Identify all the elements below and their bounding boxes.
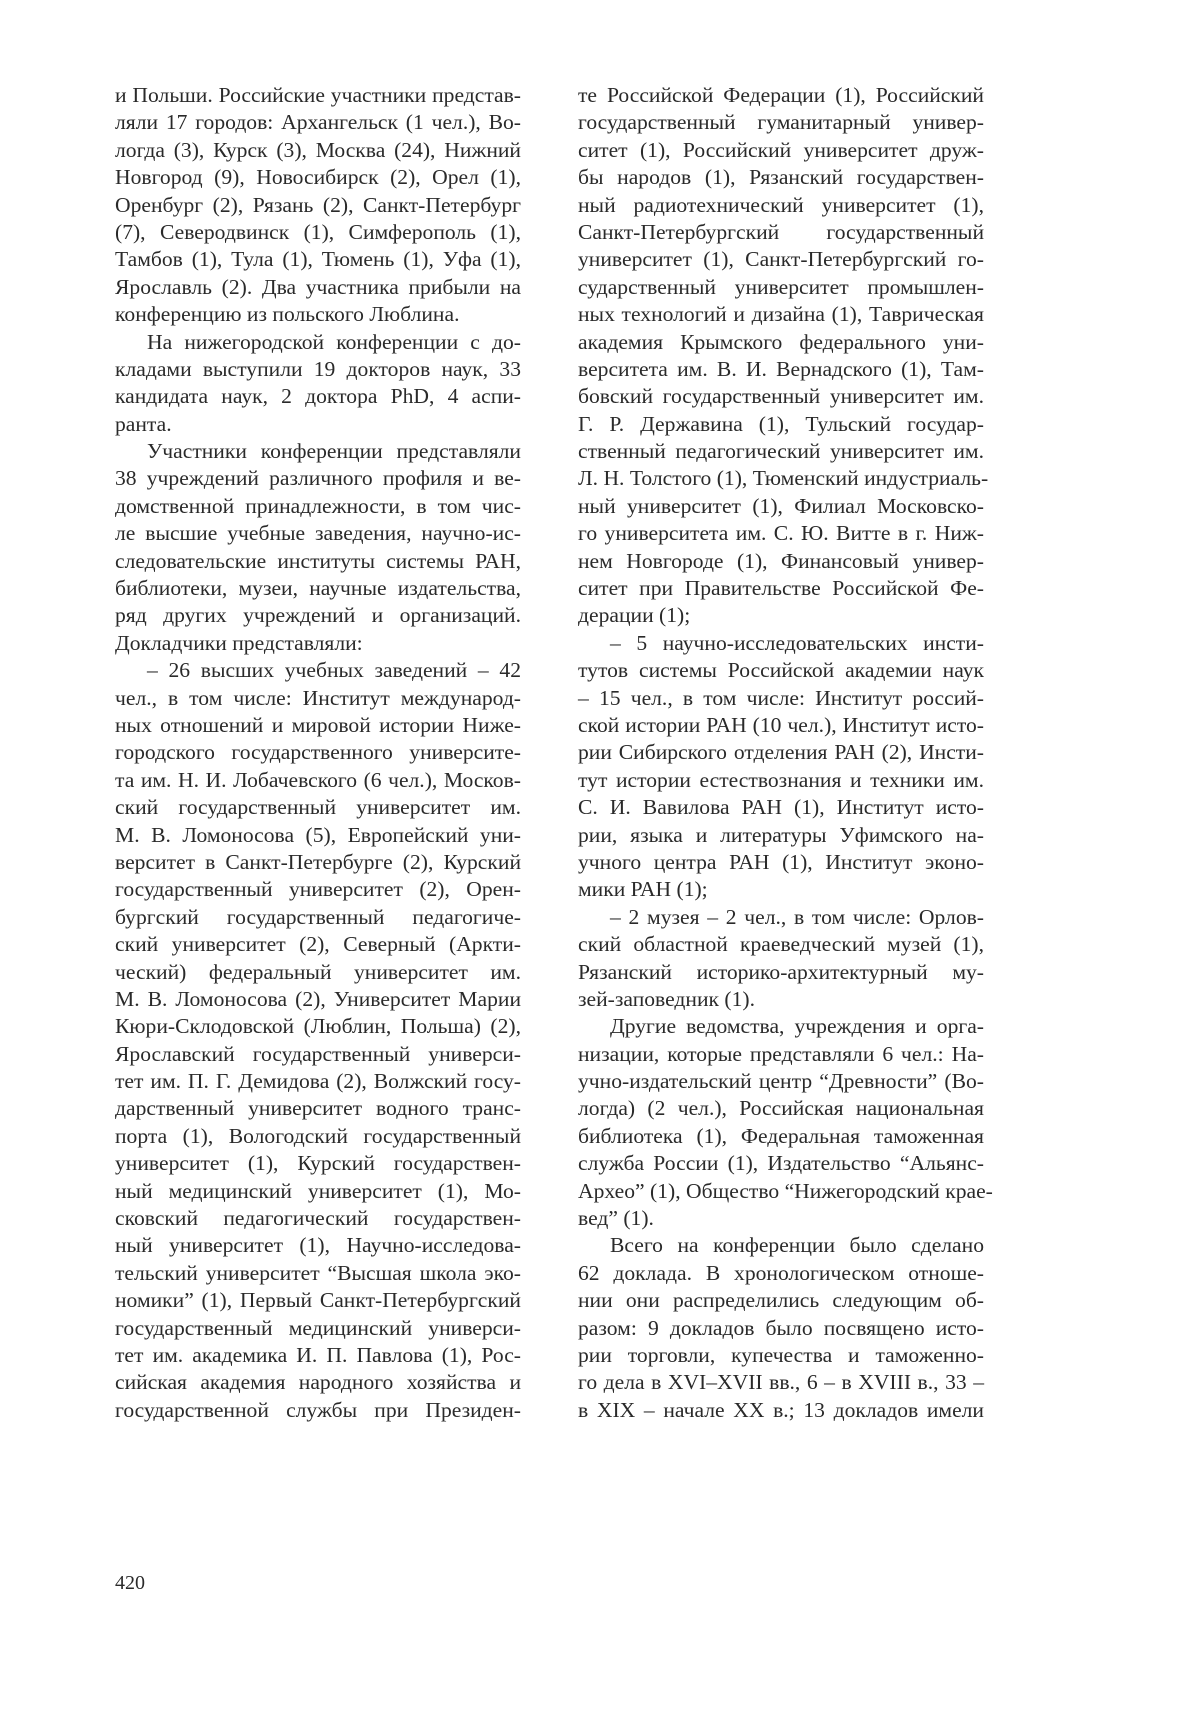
text-line: Докладчики представляли: [115, 630, 521, 657]
text-line: чел., в том числе: Институт международ- [115, 685, 521, 712]
text-line: ных технологий и дизайна (1), Таврическа… [578, 301, 984, 328]
text-line: библиотеки, музеи, научные издательства, [115, 575, 521, 602]
text-line: ский государственный университет им. [115, 794, 521, 821]
text-line: бовский государственный университет им. [578, 383, 984, 410]
text-line: учного центра РАН (1), Институт эконо- [578, 849, 984, 876]
text-line: ных отношений и мировой истории Ниже- [115, 712, 521, 739]
text-line: учно-издательский центр “Древности” (Во- [578, 1068, 984, 1095]
text-line: ственный педагогический университет им. [578, 438, 984, 465]
text-line: государственный университет (2), Орен- [115, 876, 521, 903]
text-line: порта (1), Вологодский государственный [115, 1123, 521, 1150]
text-line: го дела в XVI–XVII вв., 6 – в XVIII в., … [578, 1369, 984, 1396]
text-line: тельский университет “Высшая школа эко- [115, 1260, 521, 1287]
text-line: городского государственного университе- [115, 739, 521, 766]
text-line: верситет в Санкт-Петербурге (2), Курский [115, 849, 521, 876]
text-line: ряд других учреждений и организаций. [115, 602, 521, 629]
text-line: ский областной краеведческий музей (1), [578, 931, 984, 958]
text-line: университет (1), Курский государствен- [115, 1150, 521, 1177]
left-text-column: и Польши. Российские участники представ-… [115, 82, 521, 1424]
text-line: Ярославский государственный универси- [115, 1041, 521, 1068]
text-line: ле высшие учебные заведения, научно-ис- [115, 520, 521, 547]
text-line: ческий) федеральный университет им. [115, 959, 521, 986]
text-line: рии, языка и литературы Уфимского на- [578, 822, 984, 849]
right-text-column: те Российской Федерации (1), Российскийг… [578, 82, 984, 1424]
text-line: государственный медицинский универси- [115, 1315, 521, 1342]
text-line: сударственный университет промышлен- [578, 274, 984, 301]
text-line: номики” (1), Первый Санкт-Петербургский [115, 1287, 521, 1314]
text-line: Рязанский историко-архитектурный му- [578, 959, 984, 986]
text-line: логда) (2 чел.), Российская национальная [578, 1095, 984, 1122]
text-line: ситет (1), Российский университет друж- [578, 137, 984, 164]
text-line: мики РАН (1); [578, 876, 984, 903]
text-line: ный университет (1), Филиал Московско- [578, 493, 984, 520]
text-line: – 26 высших учебных заведений – 42 [115, 657, 521, 684]
text-line: тут истории естествознания и техники им. [578, 767, 984, 794]
text-line: Другие ведомства, учреждения и орга- [578, 1013, 984, 1040]
text-line: Ярославль (2). Два участника прибыли на [115, 274, 521, 301]
text-line: вед” (1). [578, 1205, 984, 1232]
text-line: ской истории РАН (10 чел.), Институт ист… [578, 712, 984, 739]
text-line: ский университет (2), Северный (Аркти- [115, 931, 521, 958]
text-line: – 2 музея – 2 чел., в том числе: Орлов- [578, 904, 984, 931]
text-line: нем Новгороде (1), Финансовый универ- [578, 548, 984, 575]
text-line: служба России (1), Издательство “Альянс- [578, 1150, 984, 1177]
text-line: ранта. [115, 411, 521, 438]
text-line: Всего на конференции было сделано [578, 1232, 984, 1259]
text-line: дарственный университет водного транс- [115, 1095, 521, 1122]
text-line: сийская академия народного хозяйства и [115, 1369, 521, 1396]
text-line: верситета им. В. И. Вернадского (1), Там… [578, 356, 984, 383]
text-line: дерации (1); [578, 602, 984, 629]
text-line: ситет при Правительстве Российской Фе- [578, 575, 984, 602]
text-line: С. И. Вавилова РАН (1), Институт исто- [578, 794, 984, 821]
text-line: Оренбург (2), Рязань (2), Санкт-Петербур… [115, 192, 521, 219]
text-line: тет им. П. Г. Демидова (2), Волжский гос… [115, 1068, 521, 1095]
text-line: ный радиотехнический университет (1), [578, 192, 984, 219]
text-line: кандидата наук, 2 доктора PhD, 4 аспи- [115, 383, 521, 410]
text-line: сковский педагогический государствен- [115, 1205, 521, 1232]
text-line: Кюри-Склодовской (Люблин, Польша) (2), [115, 1013, 521, 1040]
text-line: Тамбов (1), Тула (1), Тюмень (1), Уфа (1… [115, 246, 521, 273]
text-line: конференцию из польского Люблина. [115, 301, 521, 328]
text-line: Санкт-Петербургский государственный [578, 219, 984, 246]
text-line: рии торговли, купечества и таможенно- [578, 1342, 984, 1369]
text-line: логда (3), Курск (3), Москва (24), Нижни… [115, 137, 521, 164]
text-line: бы народов (1), Рязанский государствен- [578, 164, 984, 191]
text-line: низации, которые представляли 6 чел.: На… [578, 1041, 984, 1068]
text-line: Новгород (9), Новосибирск (2), Орел (1), [115, 164, 521, 191]
text-line: кладами выступили 19 докторов наук, 33 [115, 356, 521, 383]
document-page: и Польши. Российские участники представ-… [0, 0, 1200, 1719]
text-line: в XIX – начале XX в.; 13 докладов имели [578, 1397, 984, 1424]
text-line: М. В. Ломоносова (2), Университет Марии [115, 986, 521, 1013]
text-line: го университета им. С. Ю. Витте в г. Ниж… [578, 520, 984, 547]
text-line: Архео” (1), Общество “Нижегородский крае… [578, 1178, 984, 1205]
text-line: бургский государственный педагогиче- [115, 904, 521, 931]
text-line: разом: 9 докладов было посвящено исто- [578, 1315, 984, 1342]
text-line: те Российской Федерации (1), Российский [578, 82, 984, 109]
text-line: М. В. Ломоносова (5), Европейский уни- [115, 822, 521, 849]
text-line: та им. Н. И. Лобачевского (6 чел.), Моск… [115, 767, 521, 794]
text-line: 38 учреждений различного профиля и ве- [115, 465, 521, 492]
text-line: рии Сибирского отделения РАН (2), Инсти- [578, 739, 984, 766]
text-line: Г. Р. Державина (1), Тульский государ- [578, 411, 984, 438]
text-line: университет (1), Санкт-Петербургский го- [578, 246, 984, 273]
text-line: (7), Северодвинск (1), Симферополь (1), [115, 219, 521, 246]
text-line: зей-заповедник (1). [578, 986, 984, 1013]
text-line: ный медицинский университет (1), Мо- [115, 1178, 521, 1205]
text-line: На нижегородской конференции с до- [115, 329, 521, 356]
text-line: следовательские институты системы РАН, [115, 548, 521, 575]
text-line: тутов системы Российской академии наук [578, 657, 984, 684]
text-line: библиотека (1), Федеральная таможенная [578, 1123, 984, 1150]
text-line: тет им. академика И. П. Павлова (1), Рос… [115, 1342, 521, 1369]
text-line: – 5 научно-исследовательских инсти- [578, 630, 984, 657]
page-number: 420 [115, 1572, 145, 1595]
text-line: академия Крымского федерального уни- [578, 329, 984, 356]
text-line: домственной принадлежности, в том чис- [115, 493, 521, 520]
text-line: Л. Н. Толстого (1), Тюменский индустриал… [578, 465, 984, 492]
text-line: государственной службы при Президен- [115, 1397, 521, 1424]
text-line: Участники конференции представляли [115, 438, 521, 465]
text-line: ляли 17 городов: Архангельск (1 чел.), В… [115, 109, 521, 136]
text-line: государственный гуманитарный универ- [578, 109, 984, 136]
text-line: нии они распределились следующим об- [578, 1287, 984, 1314]
text-line: и Польши. Российские участники представ- [115, 82, 521, 109]
text-line: ный университет (1), Научно-исследова- [115, 1232, 521, 1259]
text-line: – 15 чел., в том числе: Институт россий- [578, 685, 984, 712]
text-line: 62 доклада. В хронологическом отноше- [578, 1260, 984, 1287]
